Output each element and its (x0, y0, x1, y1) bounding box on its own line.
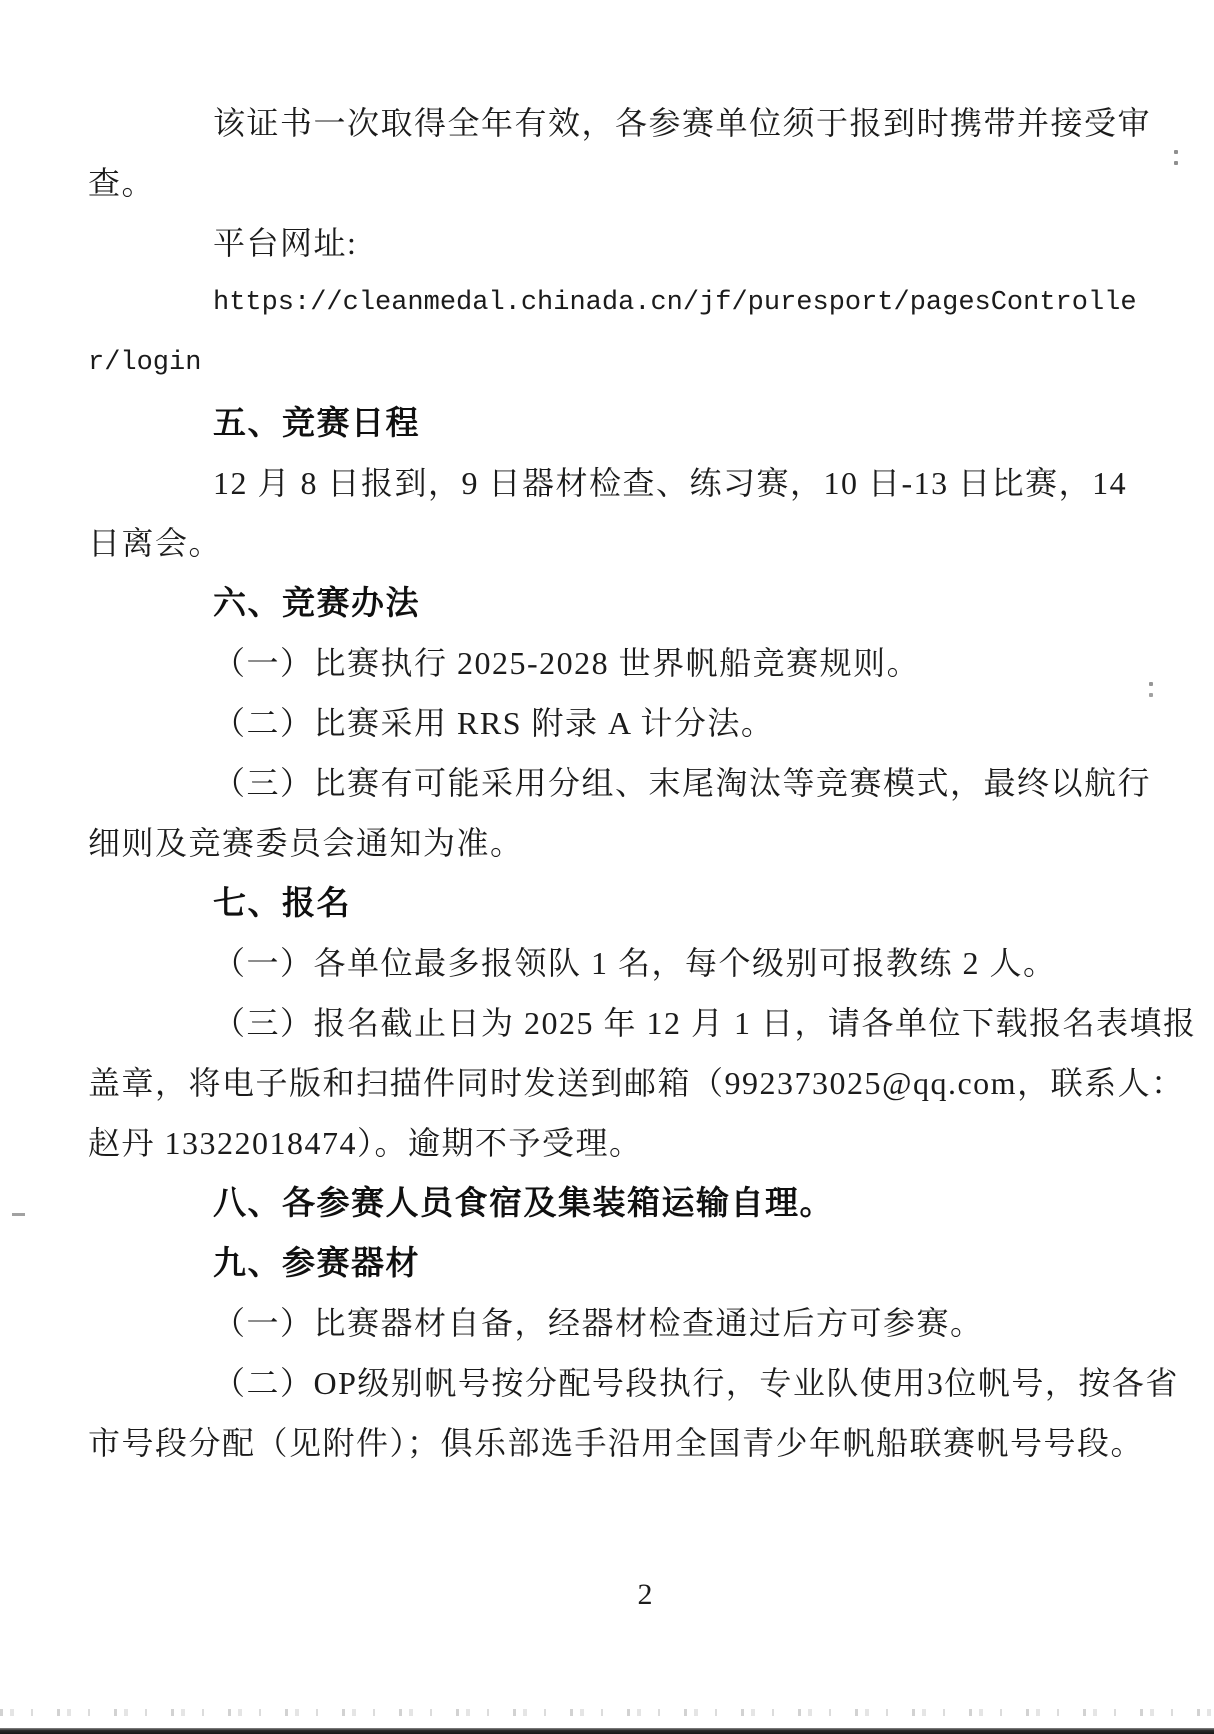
body-line: （一）各单位最多报领队 1 名，每个级别可报教练 2 人。 (88, 933, 1148, 993)
section-heading: 九、参赛器材 (88, 1233, 1148, 1293)
section-heading: 八、各参赛人员食宿及集装箱运输自理。 (88, 1173, 1148, 1233)
body-line: 赵丹 13322018474）。逾期不予受理。 (88, 1113, 1148, 1173)
body-line: 市号段分配（见附件）；俱乐部选手沿用全国青少年帆船联赛帆号号段。 (88, 1413, 1148, 1473)
scan-noise-strip (0, 1709, 1214, 1716)
section-heading: 六、竞赛办法 (88, 573, 1148, 633)
body-line: （二）比赛采用 RRS 附录 A 计分法。 (88, 693, 1148, 753)
body-line: （三）报名截止日为 2025 年 12 月 1 日，请各单位下载报名表填报 (88, 993, 1148, 1053)
body-line: 细则及竞赛委员会通知为准。 (88, 813, 1148, 873)
body-line: 盖章，将电子版和扫描件同时发送到邮箱（992373025@qq.com，联系人： (88, 1053, 1148, 1113)
scanner-edge-band (0, 1728, 1214, 1734)
document-body: 该证书一次取得全年有效，各参赛单位须于报到时携带并接受审查。平台网址:https… (88, 93, 1148, 1473)
url-line: https://cleanmedal.chinada.cn/jf/purespo… (88, 273, 1148, 333)
scan-artifact-colon-right-mid (1149, 682, 1153, 686)
section-heading: 五、竞赛日程 (88, 393, 1148, 453)
scan-artifact-colon-right-top (1174, 150, 1178, 154)
body-line: 该证书一次取得全年有效，各参赛单位须于报到时携带并接受审 (88, 93, 1148, 153)
body-line: （一）比赛执行 2025-2028 世界帆船竞赛规则。 (88, 633, 1148, 693)
url-line: r/login (88, 333, 1148, 393)
scan-artifact-dash-left (12, 1213, 25, 1216)
body-line: （一）比赛器材自备，经器材检查通过后方可参赛。 (88, 1293, 1148, 1353)
body-line: 平台网址: (88, 213, 1148, 273)
section-heading: 七、报名 (88, 873, 1148, 933)
body-line: 12 月 8 日报到，9 日器材检查、练习赛，10 日-13 日比赛，14 (88, 453, 1148, 513)
body-line: 日离会。 (88, 513, 1148, 573)
body-line: 查。 (88, 153, 1148, 213)
body-line: （二）OP级别帆号按分配号段执行，专业队使用3位帆号，按各省 (88, 1353, 1148, 1413)
body-line: （三）比赛有可能采用分组、末尾淘汰等竞赛模式，最终以航行 (88, 753, 1148, 813)
page-number: 2 (38, 1578, 1214, 1612)
scanned-document-page: 该证书一次取得全年有效，各参赛单位须于报到时携带并接受审查。平台网址:https… (0, 0, 1214, 1734)
